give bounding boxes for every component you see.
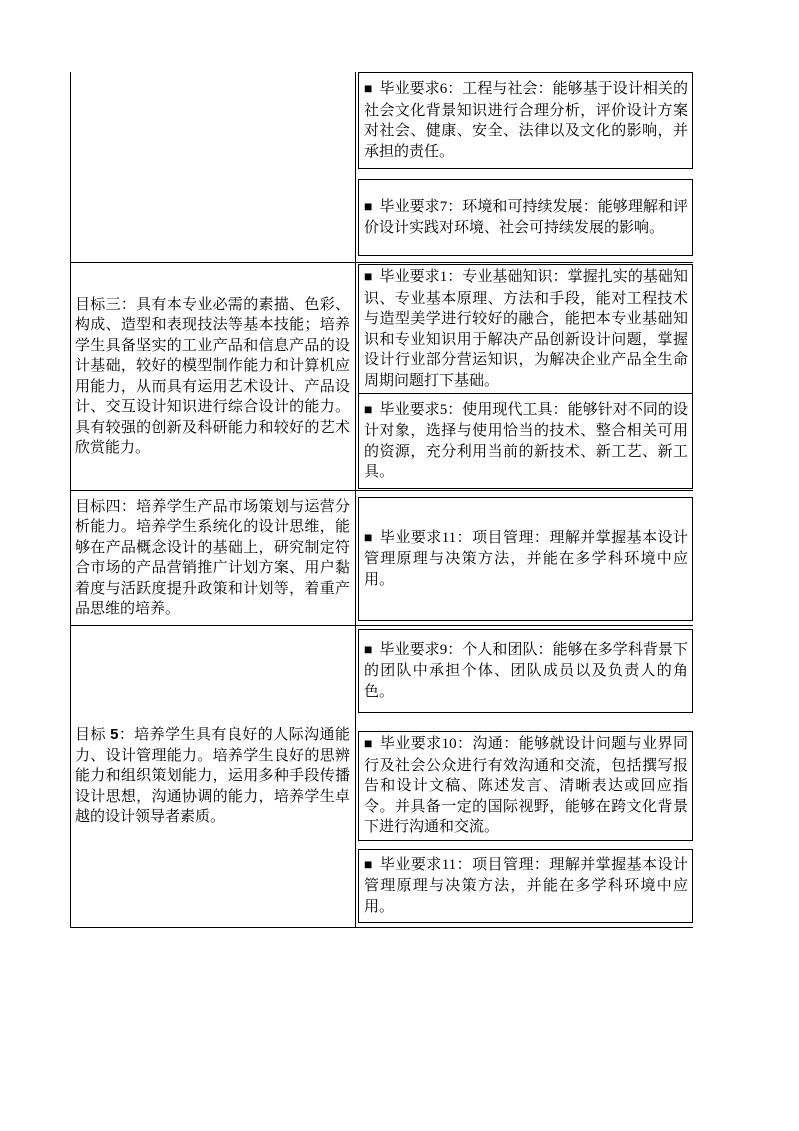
requirement-body: 毕业要求6：工程与社会：能够基于设计相关的社会文化背景知识进行合理分析，评价设计… — [364, 81, 688, 160]
black-square-bullet-icon: ■ — [364, 531, 373, 546]
black-square-bullet-icon: ■ — [364, 858, 373, 873]
black-square-bullet-icon: ■ — [364, 403, 373, 418]
requirement-text: ■毕业要求6：工程与社会：能够基于设计相关的社会文化背景知识进行合理分析，评价设… — [364, 79, 688, 162]
requirement-body: 毕业要求11：项目管理：理解并掌握基本设计管理原理与决策方法，并能在多学科环境中… — [364, 530, 688, 588]
requirement-text: ■毕业要求5：使用现代工具：能够针对不同的设计对象，选择与使用恰当的技术、整合相… — [364, 400, 688, 483]
goal-text: 目标三：具有本专业必需的素描、色彩、构成、造型和表现技法等基本技能；培养学生具备… — [75, 295, 350, 459]
requirement-box-11-bottom: ■毕业要求11：项目管理：理解并掌握基本设计管理原理与决策方法，并能在多学科环境… — [358, 849, 693, 923]
requirement-box-10: ■毕业要求10：沟通：能够就设计问题与业界同行及社会公众进行有效沟通和交流，包括… — [358, 731, 693, 841]
requirement-text: ■毕业要求9：个人和团队：能够在多学科背景下的团队中承担个体、团队成员以及负责人… — [364, 640, 688, 703]
goal-cell-4: 目标四：培养学生产品市场策划与运营分析能力。培养学生系统化的设计思维，能够在产品… — [71, 491, 356, 625]
black-square-bullet-icon: ■ — [364, 643, 373, 658]
requirement-box-7: ■毕业要求7：环境和可持续发展：能够理解和评价设计实践对环境、社会可持续发展的影… — [358, 179, 693, 256]
requirement-body: 毕业要求10：沟通：能够就设计问题与业界同行及社会公众进行有效沟通和交流，包括撰… — [364, 736, 688, 835]
requirements-column: ■毕业要求9：个人和团队：能够在多学科背景下的团队中承担个体、团队成员以及负责人… — [356, 626, 693, 927]
requirements-column: ■毕业要求1：专业基础知识：掌握扎实的基础知识、专业基本原理、方法和手段，能对工… — [356, 263, 693, 490]
black-square-bullet-icon: ■ — [364, 82, 373, 97]
requirement-text: ■毕业要求11：项目管理：理解并掌握基本设计管理原理与决策方法，并能在多学科环境… — [364, 528, 688, 591]
requirement-body: 毕业要求9：个人和团队：能够在多学科背景下的团队中承担个体、团队成员以及负责人的… — [364, 642, 688, 700]
requirement-box-6: ■毕业要求6：工程与社会：能够基于设计相关的社会文化背景知识进行合理分析，评价设… — [358, 72, 693, 169]
black-square-bullet-icon: ■ — [364, 737, 373, 752]
requirement-body: 毕业要求7：环境和可持续发展：能够理解和评价设计实践对环境、社会可持续发展的影响… — [364, 199, 688, 237]
requirement-box-1: ■毕业要求1：专业基础知识：掌握扎实的基础知识、专业基本原理、方法和手段，能对工… — [358, 264, 693, 394]
requirement-text: ■毕业要求7：环境和可持续发展：能够理解和评价设计实践对环境、社会可持续发展的影… — [364, 197, 688, 239]
requirement-box-5: ■毕业要求5：使用现代工具：能够针对不同的设计对象，选择与使用恰当的技术、整合相… — [358, 393, 693, 489]
requirements-column: ■毕业要求6：工程与社会：能够基于设计相关的社会文化背景知识进行合理分析，评价设… — [356, 72, 693, 262]
goal-text: 目标四：培养学生产品市场策划与运营分析能力。培养学生系统化的设计思维，能够在产品… — [75, 497, 350, 620]
goal-cell-3: 目标三：具有本专业必需的素描、色彩、构成、造型和表现技法等基本技能；培养学生具备… — [71, 263, 356, 490]
requirement-body: 毕业要求11：项目管理：理解并掌握基本设计管理原理与决策方法，并能在多学科环境中… — [364, 857, 688, 915]
table-row: 目标 5：培养学生具有良好的人际沟通能力、设计管理能力。培养学生良好的思辨能力和… — [71, 625, 693, 927]
goal-cell-empty — [71, 72, 356, 262]
goal-text: 目标 5：培养学生具有良好的人际沟通能力、设计管理能力。培养学生良好的思辨能力和… — [75, 725, 350, 828]
goal-cell-5: 目标 5：培养学生具有良好的人际沟通能力、设计管理能力。培养学生良好的思辨能力和… — [71, 626, 356, 927]
requirement-text: ■毕业要求11：项目管理：理解并掌握基本设计管理原理与决策方法，并能在多学科环境… — [364, 855, 688, 918]
table-row: ■毕业要求6：工程与社会：能够基于设计相关的社会文化背景知识进行合理分析，评价设… — [71, 72, 693, 262]
objectives-requirements-table: ■毕业要求6：工程与社会：能够基于设计相关的社会文化背景知识进行合理分析，评价设… — [70, 72, 693, 928]
requirement-box-11: ■毕业要求11：项目管理：理解并掌握基本设计管理原理与决策方法，并能在多学科环境… — [358, 497, 693, 621]
table-row: 目标三：具有本专业必需的素描、色彩、构成、造型和表现技法等基本技能；培养学生具备… — [71, 262, 693, 490]
requirement-text: ■毕业要求1：专业基础知识：掌握扎实的基础知识、专业基本原理、方法和手段，能对工… — [364, 267, 688, 391]
requirement-text: ■毕业要求10：沟通：能够就设计问题与业界同行及社会公众进行有效沟通和交流，包括… — [364, 734, 688, 838]
requirement-box-9: ■毕业要求9：个人和团队：能够在多学科背景下的团队中承担个体、团队成员以及负责人… — [358, 629, 693, 713]
requirement-body: 毕业要求1：专业基础知识：掌握扎实的基础知识、专业基本原理、方法和手段，能对工程… — [364, 269, 688, 389]
table-row: 目标四：培养学生产品市场策划与运营分析能力。培养学生系统化的设计思维，能够在产品… — [71, 490, 693, 625]
goal-label-prefix: 目标 — [75, 727, 110, 743]
requirement-body: 毕业要求5：使用现代工具：能够针对不同的设计对象，选择与使用恰当的技术、整合相关… — [364, 402, 688, 481]
black-square-bullet-icon: ■ — [364, 200, 373, 215]
requirements-column: ■毕业要求11：项目管理：理解并掌握基本设计管理原理与决策方法，并能在多学科环境… — [356, 491, 693, 625]
black-square-bullet-icon: ■ — [364, 270, 373, 285]
